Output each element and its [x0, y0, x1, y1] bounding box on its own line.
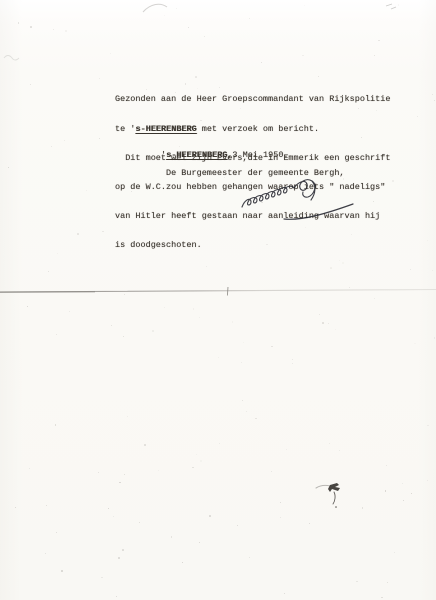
paper-speck [45, 553, 47, 555]
paper-speck [124, 294, 126, 296]
paper-speck [98, 472, 100, 474]
paper-speck [394, 552, 395, 553]
paper-speck [111, 325, 112, 326]
letter-line-4-text: op de W.C.zou hebben gehangen waarop iet… [115, 182, 385, 192]
paper-speck [381, 597, 383, 599]
paper-speck [398, 4, 399, 5]
paper-speck [199, 317, 200, 318]
date-line: 's-HEERENBERG,3 Mei 1950. [161, 151, 289, 161]
paper-speck [127, 416, 128, 417]
paper-speck [255, 418, 256, 419]
paper-speck [378, 40, 380, 42]
paper-speck [99, 78, 100, 79]
paper-speck [51, 146, 52, 147]
paper-speck [427, 240, 428, 241]
paper-speck [164, 307, 165, 308]
paper-speck [417, 116, 419, 118]
paper-speck [249, 18, 250, 19]
paper-speck [284, 593, 285, 594]
paper-speck [27, 306, 28, 307]
paper-speck [392, 180, 394, 182]
letter-line-2-pre: te ' [115, 124, 135, 134]
paper-speck [280, 502, 281, 503]
letter-line-6: is doodgeschoten. [115, 241, 390, 251]
paper-speck [232, 321, 234, 323]
paper-speck [242, 400, 243, 401]
paper-speck [411, 493, 412, 494]
paper-speck [329, 443, 330, 444]
paper-speck [99, 138, 100, 139]
letter-line-2-underlined-place: s-HEERENBERG [135, 124, 196, 134]
paper-speck [243, 342, 244, 343]
paper-speck [144, 444, 146, 446]
paper-speck [271, 346, 273, 348]
paper-speck [237, 525, 238, 526]
paper-speck [292, 363, 293, 364]
date-post: ,3 Mei 1950. [227, 150, 288, 160]
pencil-marks [0, 0, 436, 70]
paper-speck [261, 62, 262, 63]
paper-speck [56, 532, 57, 533]
paper-speck [30, 84, 31, 85]
paper-speck [110, 53, 111, 54]
paper-speck [427, 425, 429, 427]
paper-speck [119, 482, 121, 484]
paper-speck [86, 190, 87, 191]
paper-speck [64, 140, 65, 141]
letter-line-2: te 's-HEERENBERG met verzoek om bericht. [115, 125, 390, 135]
paper-speck [56, 334, 57, 335]
paper-speck [386, 465, 387, 466]
paper-speck [61, 570, 63, 572]
paper-speck [309, 523, 310, 524]
scanned-letter-page: Gezonden aan de Heer Groepscommandant va… [0, 0, 436, 600]
letter-line-1-text: Gezonden aan de Heer Groepscommandant va… [115, 94, 390, 104]
paper-speck [209, 515, 211, 517]
paper-speck [319, 314, 321, 316]
paper-speck [123, 336, 124, 337]
paper-speck [101, 577, 103, 579]
ink-blot [312, 476, 352, 510]
paper-speck [434, 337, 436, 339]
paper-speck [171, 536, 172, 537]
paper-speck [374, 55, 375, 56]
paper-speck [55, 424, 57, 426]
paper-speck [182, 562, 183, 563]
paper-speck [271, 471, 272, 472]
paper-speck [122, 549, 124, 551]
paper-speck [164, 15, 165, 16]
paper-speck [15, 507, 17, 509]
date-place-underlined: s-HEERENBERG [166, 150, 227, 160]
paper-speck [30, 26, 32, 28]
paper-speck [246, 411, 247, 412]
paper-speck [108, 508, 109, 509]
letter-line-2-post: met verzoek om bericht. [197, 124, 319, 134]
paper-speck [196, 454, 197, 455]
paper-speck [200, 460, 202, 462]
paper-speck [48, 271, 49, 272]
paper-speck [192, 467, 193, 468]
paper-speck [176, 8, 177, 9]
paper-speck [292, 359, 293, 360]
paper-speck [322, 322, 324, 324]
letter-line-1: Gezonden aan de Heer Groepscommandant va… [115, 95, 390, 105]
paper-speck [53, 29, 54, 30]
paper-speck [57, 253, 58, 254]
paper-speck [77, 233, 79, 235]
letter-line-5-text: van Hitler heeft gestaan naar aanleiding… [115, 211, 380, 221]
paper-speck [218, 357, 219, 358]
signoff-line: De Burgemeester der gemeente Bergh, [166, 169, 345, 179]
paper-speck [193, 308, 194, 309]
paper-speck [69, 311, 70, 312]
paper-speck [204, 36, 205, 37]
paper-speck [113, 516, 114, 517]
paper-speck [304, 5, 305, 6]
paper-speck [434, 100, 435, 101]
letter-line-5: van Hitler heeft gestaan naar aanleiding… [115, 212, 390, 222]
paper-speck [414, 343, 416, 345]
paper-speck [374, 298, 375, 299]
paper-speck [46, 505, 47, 506]
paper-speck [427, 480, 428, 481]
paper-speck [29, 468, 31, 470]
paper-speck [65, 30, 67, 32]
paper-speck [116, 596, 117, 597]
paper-speck [432, 270, 433, 271]
paper-speck [219, 443, 220, 444]
letter-line-6-text: is doodgeschoten. [115, 240, 202, 250]
paper-speck [410, 269, 411, 270]
paper-speck [402, 483, 403, 484]
paper-speck [18, 22, 20, 24]
paper-speck [385, 490, 386, 491]
paper-speck [152, 330, 154, 332]
letter-line-4: op de W.C.zou hebben gehangen waarop iet… [115, 183, 390, 193]
paper-speck [339, 450, 340, 451]
paper-speck [188, 27, 189, 28]
paper-speck [356, 581, 358, 583]
paper-speck [387, 582, 388, 583]
paper-speck [139, 522, 140, 523]
paper-speck [249, 557, 250, 558]
paper-speck [280, 517, 281, 518]
paper-speck [158, 470, 159, 471]
paper-speck [102, 231, 104, 233]
paper-speck [349, 287, 350, 288]
signoff-text: De Burgemeester der gemeente Bergh, [166, 168, 345, 178]
paper-speck [8, 167, 9, 168]
paper-speck [302, 55, 304, 57]
paper-speck [432, 94, 433, 95]
paper-speck [199, 542, 200, 543]
paper-speck [403, 500, 404, 501]
paper-speck [286, 449, 287, 450]
paper-speck [335, 329, 336, 330]
fold-line [0, 284, 436, 298]
paper-speck [124, 474, 125, 475]
paper-speck [118, 557, 120, 559]
paper-speck [328, 323, 329, 324]
paper-speck [241, 362, 242, 363]
paper-speck [362, 507, 363, 508]
